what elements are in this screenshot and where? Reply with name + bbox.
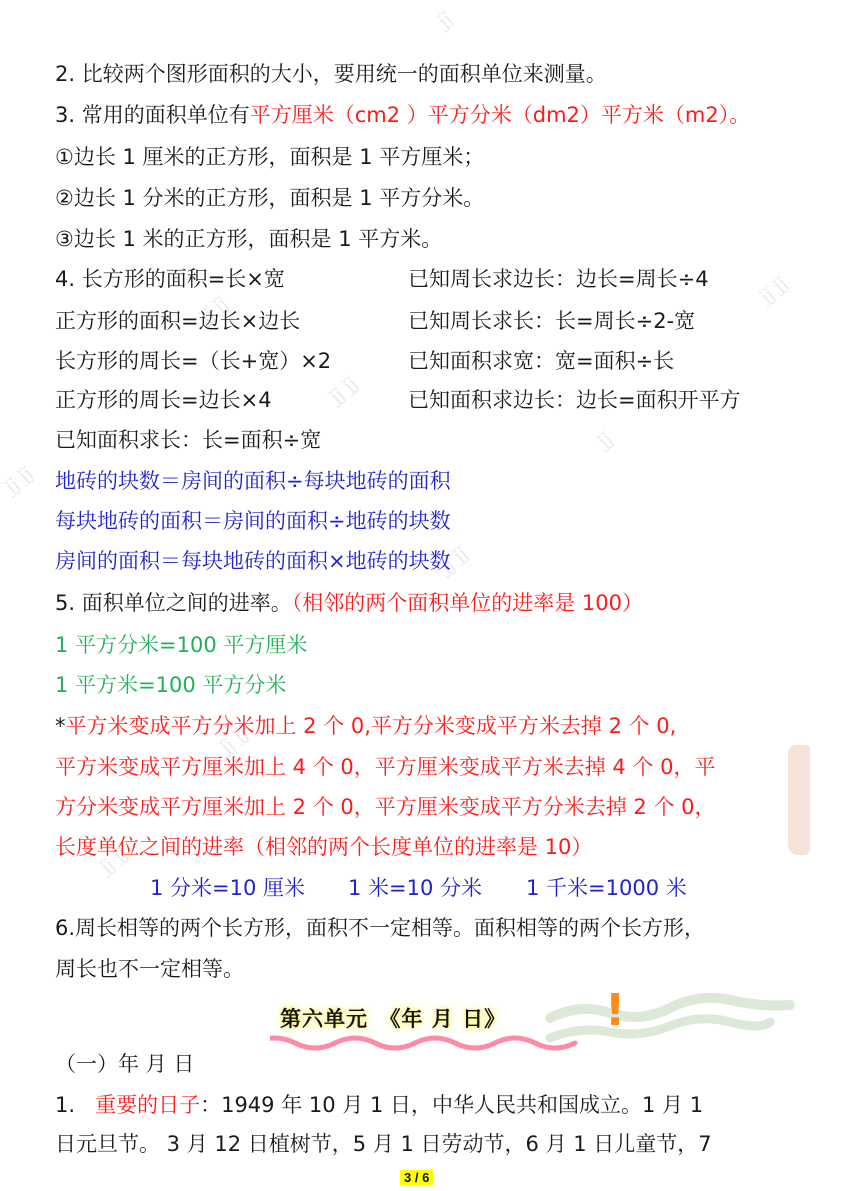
length-rate-heading: 长度单位之间的进率（相邻的两个长度单位的进率是 10）	[55, 833, 592, 861]
point-1-cont: 日元旦节。 3 月 12 日植树节，5 月 1 日劳动节，6 月 1 日儿童节，…	[55, 1130, 712, 1158]
point-5-heading: 5. 面积单位之间的进率。	[55, 591, 292, 615]
point-3a: ①边长 1 厘米的正方形，面积是 1 平方厘米；	[55, 143, 484, 171]
watermark: ǰǰ ǰǰ	[757, 273, 793, 308]
rate-rule-text: 平方米变成平方分米加上 2 个 0,平方分米变成平方米去掉 2 个 0,	[66, 714, 677, 738]
formula-left: 正方形的周长=边长×4	[55, 386, 272, 414]
point-3: 3. 常用的面积单位有平方厘米（cm2 ）平方分米（dm2）平方米（m2）。	[55, 101, 750, 129]
formula-left: 已知面积求长：长=面积÷宽	[55, 426, 321, 454]
formula-right: 已知面积求边长：边长=面积开平方	[408, 386, 741, 414]
formula-left: 4. 长方形的面积=长×宽	[55, 267, 285, 291]
point-1-num: 1.	[55, 1093, 75, 1117]
rate-rule: 平方米变成平方厘米加上 4 个 0，平方厘米变成平方米去掉 4 个 0，平	[55, 753, 716, 781]
tile-formula: 地砖的块数＝房间的面积÷每块地砖的面积	[55, 467, 451, 495]
point-1: 1. 重要的日子：1949 年 10 月 1 日，中华人民共和国成立。1 月 1	[55, 1091, 703, 1119]
formula-left: 正方形的面积=边长×边长	[55, 307, 300, 335]
point-2: 2. 比较两个图形面积的大小，要用统一的面积单位来测量。	[55, 60, 607, 88]
point-5: 5. 面积单位之间的进率。（相邻的两个面积单位的进率是 100）	[55, 589, 643, 617]
tile-formula: 每块地砖的面积＝房间的面积÷地砖的块数	[55, 507, 451, 535]
tile-formula: 房间的面积＝每块地砖的面积×地砖的块数	[55, 547, 451, 575]
point-6: 6.周长相等的两个长方形，面积不一定相等。面积相等的两个长方形，	[55, 914, 705, 942]
rate-green: 1 平方分米=100 平方厘米	[55, 631, 307, 659]
point-3-prefix: 3. 常用的面积单位有	[55, 103, 250, 127]
watermark: ǰǰ ǰǰ	[327, 373, 363, 408]
asterisk: *	[55, 714, 66, 738]
rate-green: 1 平方米=100 平方分米	[55, 671, 286, 699]
unit-title: 第六单元 《年 月 日》	[280, 1003, 506, 1033]
rate-rule: 方分米变成平方厘米加上 2 个 0，平方厘米变成平方分米去掉 2 个 0，	[55, 793, 716, 821]
watermark: ǰǰ	[595, 429, 617, 452]
decorative-brush-stroke	[788, 745, 810, 855]
subsection-title: （一）年 月 日	[55, 1050, 194, 1078]
important-days-label: 重要的日子	[95, 1093, 200, 1117]
point-1-text: ：1949 年 10 月 1 日，中华人民共和国成立。1 月 1	[200, 1093, 703, 1117]
page-number: 3 / 6	[400, 1170, 433, 1185]
rate-rule: *平方米变成平方分米加上 2 个 0,平方分米变成平方米去掉 2 个 0,	[55, 712, 676, 740]
watermark: ǰǰ	[435, 9, 457, 32]
formula-left: 长方形的周长=（长+宽）×2	[55, 347, 331, 375]
formula-right: 已知周长求长：长=周长÷2-宽	[408, 307, 695, 335]
length-rate: 1 米=10 分米	[348, 874, 482, 902]
length-rate: 1 千米=1000 米	[526, 874, 687, 902]
point-3b: ②边长 1 分米的正方形，面积是 1 平方分米。	[55, 184, 484, 212]
exclamation-icon: !	[605, 985, 625, 1036]
point-3c: ③边长 1 米的正方形，面积是 1 平方米。	[55, 225, 442, 253]
unit-heading: 第六单元 《年 月 日》 !	[270, 993, 842, 1053]
watermark: ǰǰ ǰǰ	[2, 463, 38, 498]
formula-right: 已知面积求宽：宽=面积÷长	[408, 347, 674, 375]
formula-right: 已知周长求边长：边长=周长÷4	[408, 265, 709, 293]
formula-row: 4. 长方形的面积=长×宽	[55, 265, 285, 293]
point-5-note: （相邻的两个面积单位的进率是 100）	[292, 591, 643, 615]
area-units: 平方厘米（cm2 ）平方分米（dm2）平方米（m2）。	[250, 103, 751, 127]
length-rate: 1 分米=10 厘米	[150, 874, 305, 902]
point-6-cont: 周长也不一定相等。	[55, 955, 244, 983]
